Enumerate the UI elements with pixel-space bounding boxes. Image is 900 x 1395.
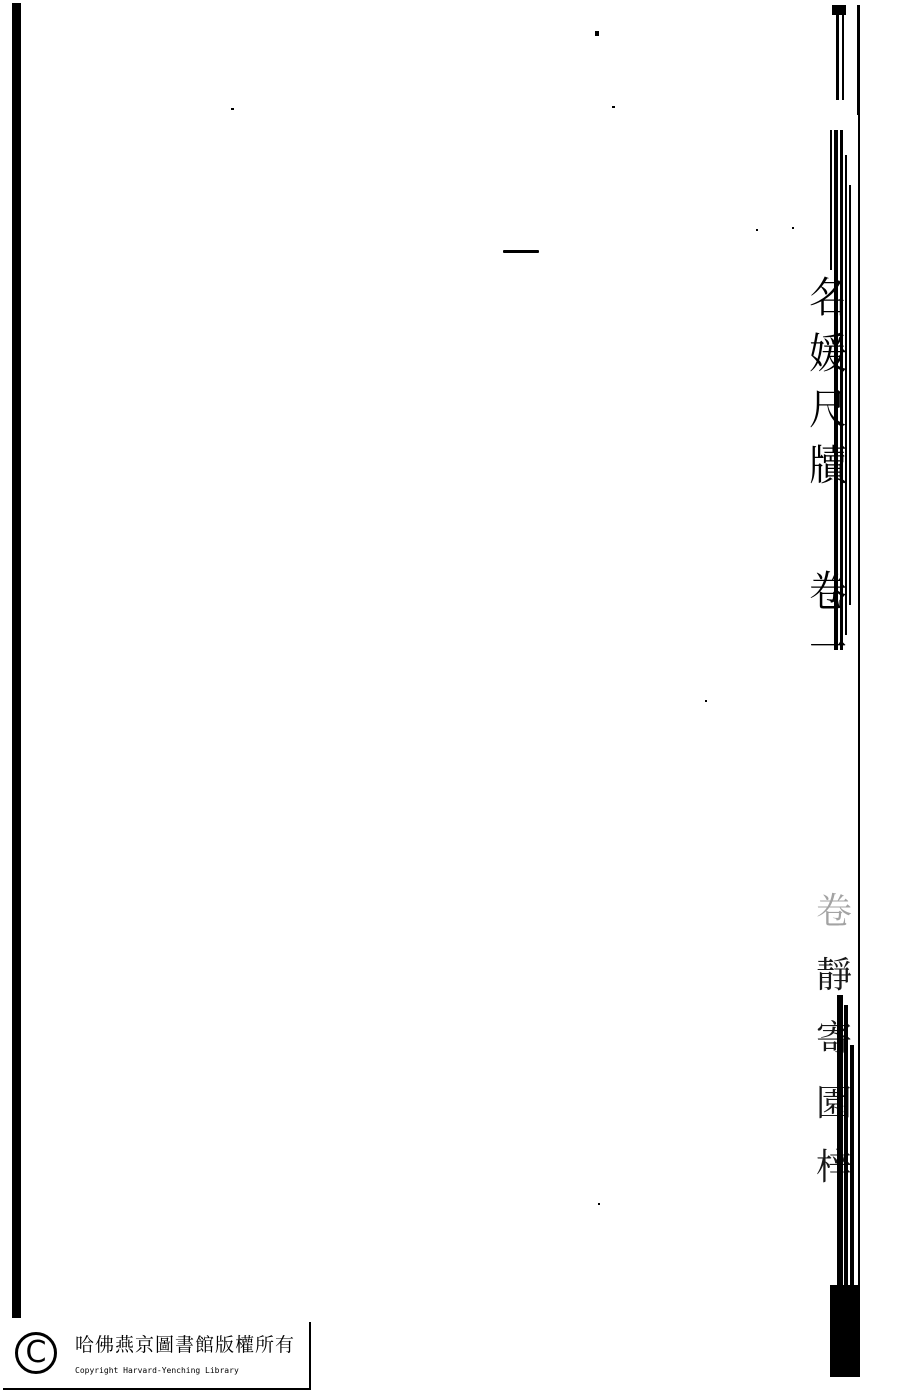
- lower-char: 卷: [816, 880, 852, 944]
- copyright-stamp: C 哈佛燕京圖書館版權所有 Copyright Harvard-Yenching…: [3, 1322, 311, 1390]
- ink-speck: [612, 106, 615, 108]
- lower-margin-text: 卷 靜 寄 園 梓: [812, 880, 856, 1200]
- lower-char: 靜: [816, 944, 852, 1008]
- lower-char: 梓: [816, 1136, 852, 1200]
- title-char: 媛: [809, 326, 847, 382]
- ink-speck: [598, 1203, 600, 1205]
- ink-speck: [705, 700, 707, 702]
- copyright-text-english: Copyright Harvard-Yenching Library: [75, 1366, 239, 1375]
- page-edge-bar: [12, 3, 21, 1318]
- ink-speck: [756, 229, 758, 231]
- title-char: 尺: [809, 382, 847, 438]
- ink-rule-mark: [503, 250, 539, 253]
- copyright-text-chinese: 哈佛燕京圖書館版權所有: [75, 1330, 295, 1357]
- volume-char: 卷: [809, 564, 847, 620]
- ink-speck: [595, 31, 599, 36]
- book-title-vertical: 名 媛 尺 牘 卷 一: [803, 270, 853, 676]
- lower-char: 園: [816, 1072, 852, 1136]
- copyright-icon: C: [15, 1332, 57, 1374]
- ink-speck: [231, 108, 234, 110]
- lower-char: 寄: [816, 1008, 852, 1072]
- ink-speck: [792, 227, 794, 229]
- title-char: 名: [809, 270, 847, 326]
- volume-char: 一: [809, 620, 847, 676]
- title-char: 牘: [809, 438, 847, 494]
